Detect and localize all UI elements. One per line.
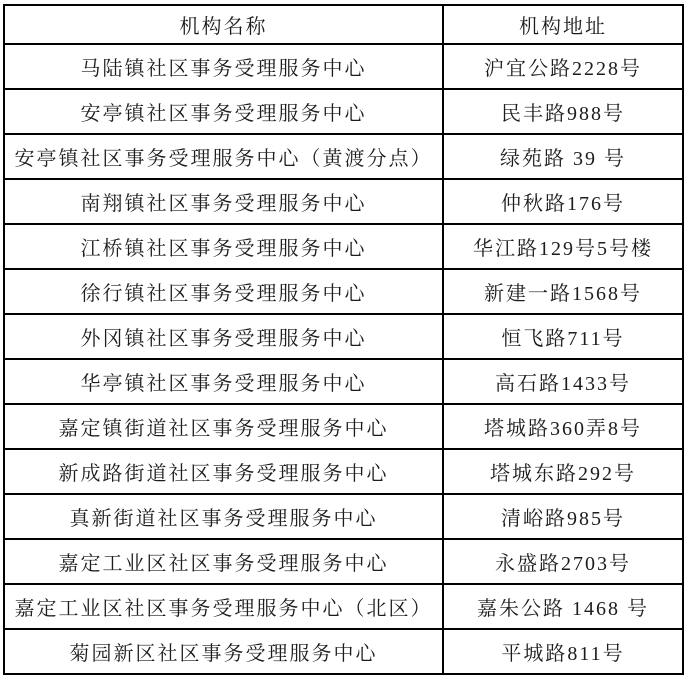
- institution-address-cell: 塔城路360弄8号: [443, 404, 683, 449]
- table-row: 安亭镇社区事务受理服务中心（黄渡分点） 绿苑路 39 号: [4, 134, 683, 179]
- table-row: 外冈镇社区事务受理服务中心 恒飞路711号: [4, 314, 683, 359]
- table-row: 华亭镇社区事务受理服务中心 高石路1433号: [4, 359, 683, 404]
- institution-address-cell: 平城路811号: [443, 629, 683, 674]
- table-row: 江桥镇社区事务受理服务中心 华江路129号5号楼: [4, 224, 683, 269]
- header-institution-name: 机构名称: [4, 5, 443, 44]
- table-row: 安亭镇社区事务受理服务中心 民丰路988号: [4, 89, 683, 134]
- institution-address-cell: 嘉朱公路 1468 号: [443, 584, 683, 629]
- institution-name-cell: 新成路街道社区事务受理服务中心: [4, 449, 443, 494]
- institution-name-cell: 徐行镇社区事务受理服务中心: [4, 269, 443, 314]
- institution-address-cell: 清峪路985号: [443, 494, 683, 539]
- table-row: 菊园新区社区事务受理服务中心 平城路811号: [4, 629, 683, 674]
- institution-address-cell: 民丰路988号: [443, 89, 683, 134]
- institution-name-cell: 华亭镇社区事务受理服务中心: [4, 359, 443, 404]
- table-row: 嘉定工业区社区事务受理服务中心 永盛路2703号: [4, 539, 683, 584]
- institution-address-cell: 绿苑路 39 号: [443, 134, 683, 179]
- institution-name-cell: 菊园新区社区事务受理服务中心: [4, 629, 443, 674]
- table-row: 新成路街道社区事务受理服务中心 塔城东路292号: [4, 449, 683, 494]
- header-institution-address: 机构地址: [443, 5, 683, 44]
- institution-address-cell: 华江路129号5号楼: [443, 224, 683, 269]
- table-row: 嘉定工业区社区事务受理服务中心（北区） 嘉朱公路 1468 号: [4, 584, 683, 629]
- institution-name-cell: 安亭镇社区事务受理服务中心（黄渡分点）: [4, 134, 443, 179]
- header-row: 机构名称 机构地址: [4, 5, 683, 44]
- institution-address-cell: 塔城东路292号: [443, 449, 683, 494]
- institution-name-cell: 江桥镇社区事务受理服务中心: [4, 224, 443, 269]
- institution-name-cell: 马陆镇社区事务受理服务中心: [4, 44, 443, 89]
- institution-address-cell: 沪宜公路2228号: [443, 44, 683, 89]
- table-row: 马陆镇社区事务受理服务中心 沪宜公路2228号: [4, 44, 683, 89]
- institution-name-cell: 外冈镇社区事务受理服务中心: [4, 314, 443, 359]
- institution-name-cell: 嘉定工业区社区事务受理服务中心（北区）: [4, 584, 443, 629]
- institution-name-cell: 嘉定工业区社区事务受理服务中心: [4, 539, 443, 584]
- institution-address-cell: 永盛路2703号: [443, 539, 683, 584]
- table-row: 南翔镇社区事务受理服务中心 仲秋路176号: [4, 179, 683, 224]
- institution-name-cell: 南翔镇社区事务受理服务中心: [4, 179, 443, 224]
- institution-name-cell: 真新街道社区事务受理服务中心: [4, 494, 443, 539]
- table-row: 徐行镇社区事务受理服务中心 新建一路1568号: [4, 269, 683, 314]
- institution-name-cell: 安亭镇社区事务受理服务中心: [4, 89, 443, 134]
- table-row: 真新街道社区事务受理服务中心 清峪路985号: [4, 494, 683, 539]
- institution-address-cell: 仲秋路176号: [443, 179, 683, 224]
- table-header: 机构名称 机构地址: [4, 5, 683, 44]
- table-body: 马陆镇社区事务受理服务中心 沪宜公路2228号 安亭镇社区事务受理服务中心 民丰…: [4, 44, 683, 674]
- institutions-table: 机构名称 机构地址 马陆镇社区事务受理服务中心 沪宜公路2228号 安亭镇社区事…: [3, 4, 684, 675]
- institution-address-cell: 高石路1433号: [443, 359, 683, 404]
- table-row: 嘉定镇街道社区事务受理服务中心 塔城路360弄8号: [4, 404, 683, 449]
- institution-address-cell: 恒飞路711号: [443, 314, 683, 359]
- institution-name-cell: 嘉定镇街道社区事务受理服务中心: [4, 404, 443, 449]
- institution-address-cell: 新建一路1568号: [443, 269, 683, 314]
